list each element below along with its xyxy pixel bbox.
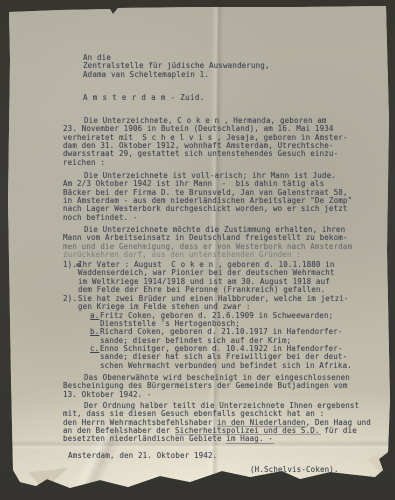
paragraph-1: Die Unterzeichnete, C o k e n , Hermanda… [63, 117, 348, 167]
text-line: schen Wehrmacht verbunden und befindet s… [100, 362, 352, 370]
text-line: zurückkehren darf, aus den untenstehende… [63, 251, 352, 259]
sub-item-letter: b. [90, 328, 99, 336]
numbered-item-2: 2). Sie hat zwei Brüder und einen Halbbr… [63, 295, 352, 370]
sub-item-c: c. Enno Schnitger, geboren d. 10.4.1922 … [90, 345, 352, 370]
letter-text: An die Zentralstelle für jüdische Auswan… [0, 0, 395, 500]
signature: (H.Schelvis-Coken). [250, 466, 339, 474]
recipient-address: An die Zentralstelle für jüdische Auswan… [83, 54, 270, 79]
text-line: 13. Oktober 1942. - [63, 391, 350, 399]
text-line: dwarsstraat 29, gestattet sich untensteh… [63, 150, 348, 158]
text-line: Adama van Scheltemaplein 1. [83, 71, 270, 79]
document-paper: An die Zentralstelle für jüdische Auswan… [0, 0, 395, 500]
enclosure-label: Anlage : [100, 488, 137, 497]
sub-item-b: b. Richard Coken, geboren d. 21.10.1917 … [90, 328, 352, 345]
numbered-item-1: 1). Ihr Vater : August C o k e n , gebor… [63, 261, 335, 294]
paragraph-4: Das Obenerwähnte wird bescheinigt in der… [63, 374, 350, 399]
date-line: Amsterdam, den 21. Oktober 1942. [68, 452, 217, 460]
enclosure-note: Anlage :Bescheinigung des Bürgermeisters… [63, 481, 304, 500]
city-line: A m s t e r d a m - Zuid. [83, 94, 205, 102]
sub-item-letter: a. [90, 312, 99, 320]
paragraph-5: Der Ordnung halber teilt die Unterzeichn… [63, 402, 371, 444]
text-line: noch befindet. - [63, 214, 352, 222]
sub-item-a: a. Fritz Coken, geboren d. 21.6.1909 in … [90, 312, 352, 329]
paragraph-2: Die Unterzeichnete ist voll-arisch; ihr … [63, 172, 352, 222]
enclosure-text: Bescheinigung des Bürgermeisters. [150, 488, 304, 497]
photo-backdrop: An die Zentralstelle für jüdische Auswan… [0, 0, 395, 500]
item-number: 1). [63, 261, 77, 269]
item-number: 2). [63, 295, 77, 303]
text-line: reichen : [63, 159, 348, 167]
sub-item-letter: c. [90, 345, 99, 353]
pencil-underline [226, 443, 274, 444]
text-line: besetzten niederländischen Gebiete im Ha… [63, 435, 371, 443]
paragraph-3: Die Unterzeichnete möchte die Zustimmung… [63, 226, 352, 259]
ink-blot [76, 263, 81, 267]
